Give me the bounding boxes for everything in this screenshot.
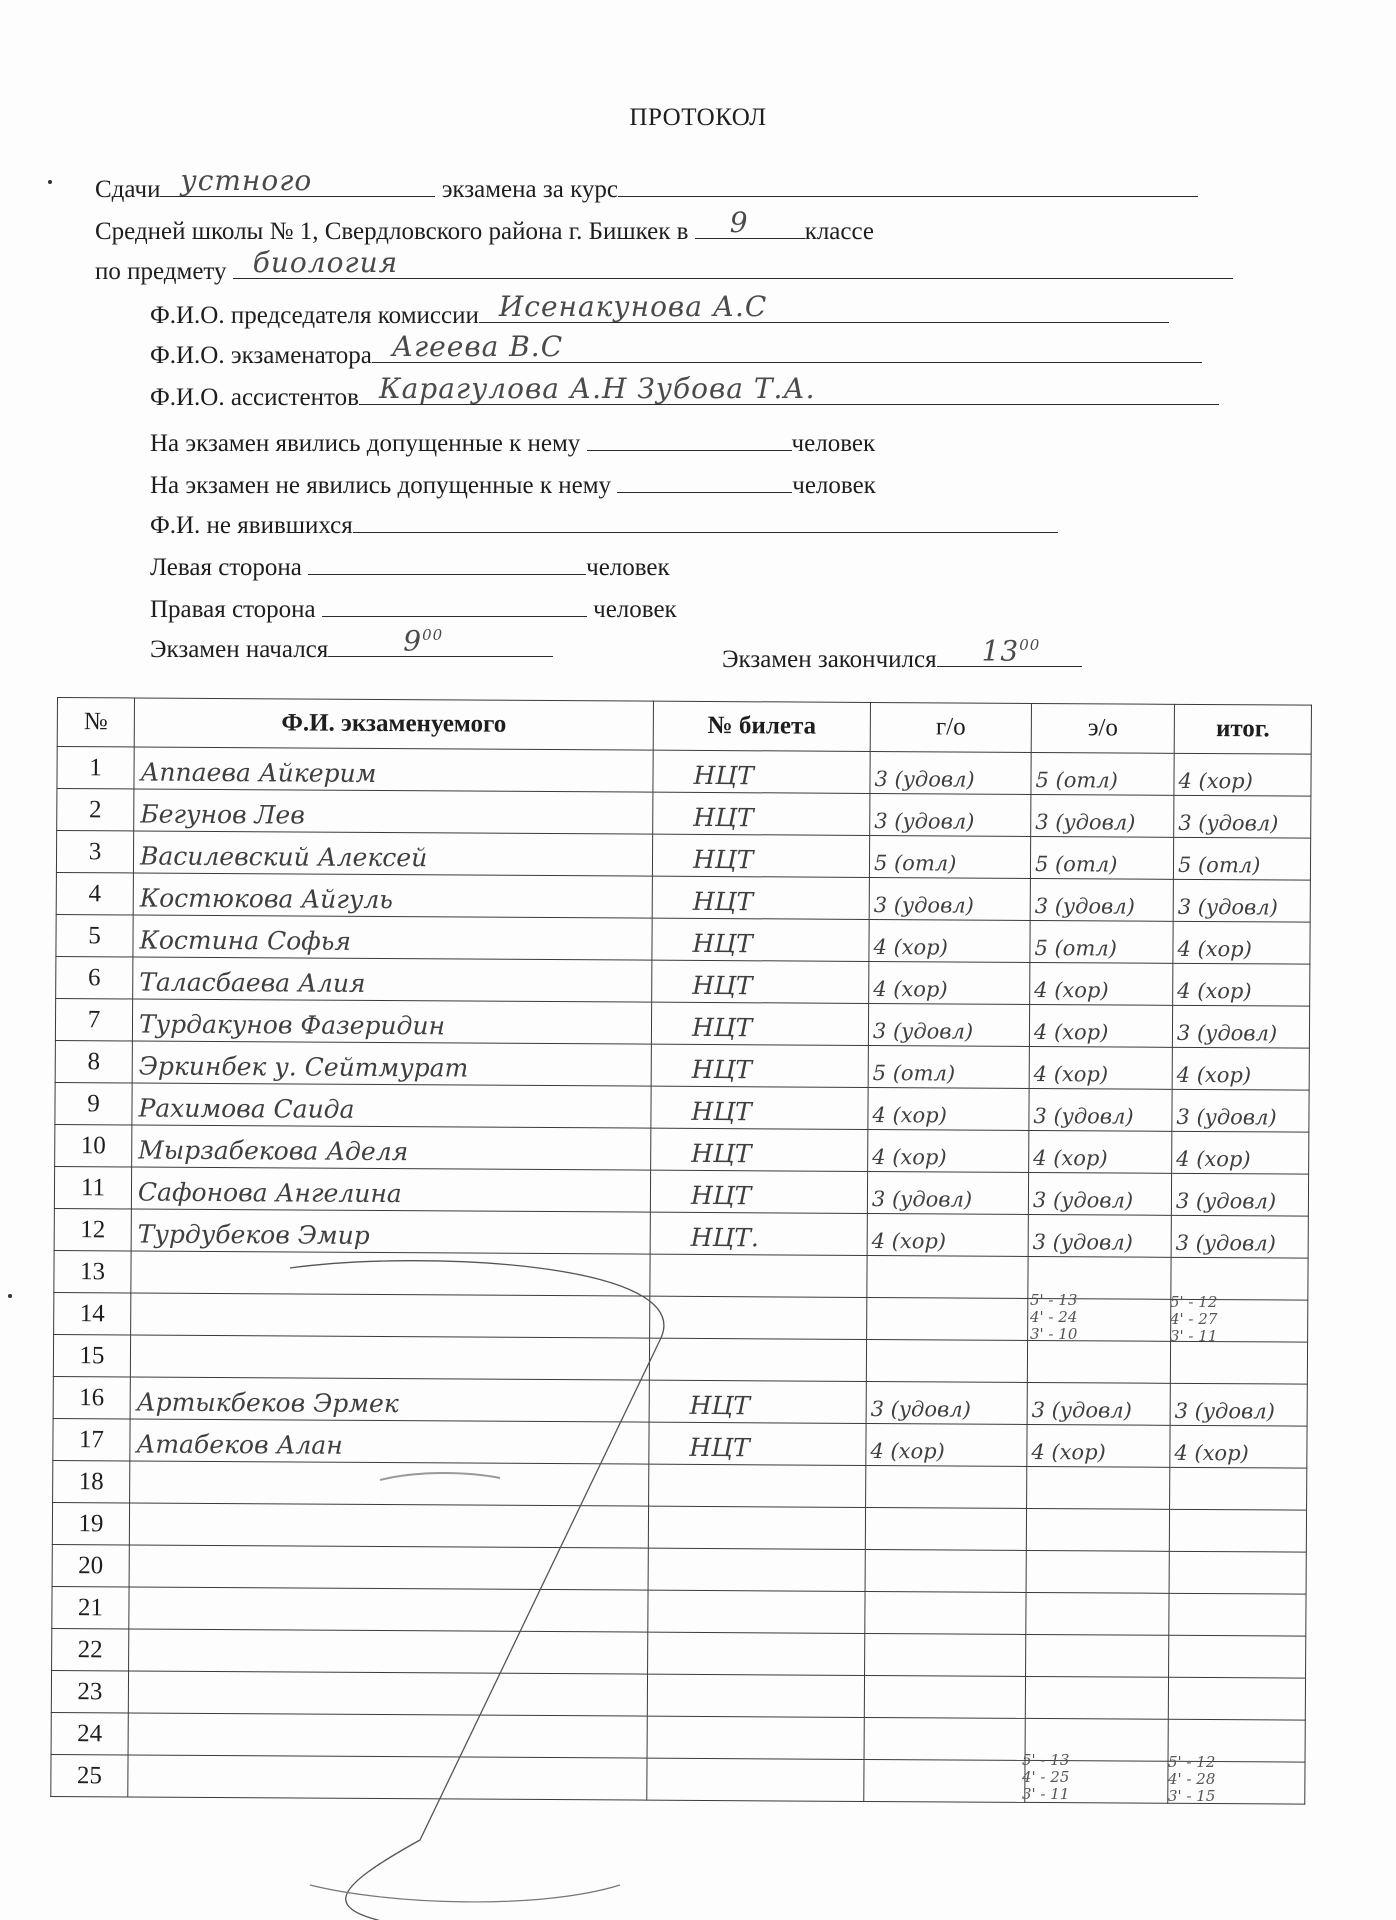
scan-speck <box>48 180 52 184</box>
scan-speck <box>8 1294 12 1298</box>
strikethrough-mark <box>0 0 1396 1920</box>
protocol-page: ПРОТОКОЛ Сдачиустного экзамена за курс С… <box>0 0 1396 1920</box>
